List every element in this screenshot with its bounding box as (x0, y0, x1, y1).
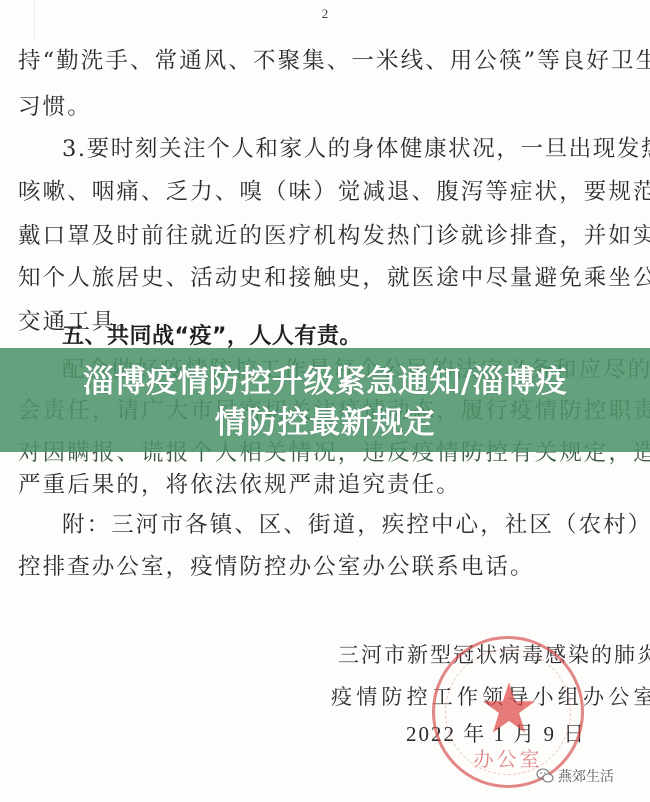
source-watermark: 燕郊生活 (536, 766, 614, 786)
body-line: 戴口罩及时前往就近的医疗机构发热门诊就诊排查，并如实告 (18, 221, 650, 251)
body-line: 持“勤洗手、常通风、不聚集、一米线、用公筷”等良好卫生 (18, 46, 650, 76)
document-page: 2 持“勤洗手、常通风、不聚集、一米线、用公筷”等良好卫生 习惯。 3.要时刻关… (0, 0, 650, 802)
page-number: 2 (0, 6, 650, 22)
banner-title-line1: 淄博疫情防控升级紧急通知/淄博疫 (0, 362, 650, 403)
body-line: 严重后果的，将依法依规严肃追究责任。 (18, 470, 461, 500)
appendix-line: 附：三河市各镇、区、街道，疾控中心，社区（农村）管 (62, 510, 650, 540)
banner-title-line2: 情防控最新规定 (0, 403, 650, 444)
body-line: 习惯。 (18, 92, 92, 122)
list-item-3: 3.要时刻关注个人和家人的身体健康状况，一旦出现发热、 (62, 134, 650, 164)
signature-date: 2022 年 1 月 9 日 (406, 720, 586, 748)
body-line: 知个人旅居史、活动史和接触史，就医途中尽量避免乘坐公共 (18, 263, 650, 293)
title-banner: 淄博疫情防控升级紧急通知/淄博疫 情防控最新规定 (0, 348, 650, 452)
banner-title: 淄博疫情防控升级紧急通知/淄博疫 情防控最新规定 (0, 362, 650, 444)
body-line: 咳嗽、咽痛、乏力、嗅（味）觉减退、腹泻等症状，要规范佩 (18, 177, 650, 207)
signature-org-line2: 疫情防控工作领导小组办公室 (331, 683, 650, 711)
signature-org-line1: 三河市新型冠状病毒感染的肺炎 (338, 641, 650, 669)
wechat-icon (536, 768, 554, 784)
body-line: 控排查办公室，疫情防控办公室办公联系电话。 (18, 552, 535, 582)
watermark-text: 燕郊生活 (558, 766, 614, 786)
